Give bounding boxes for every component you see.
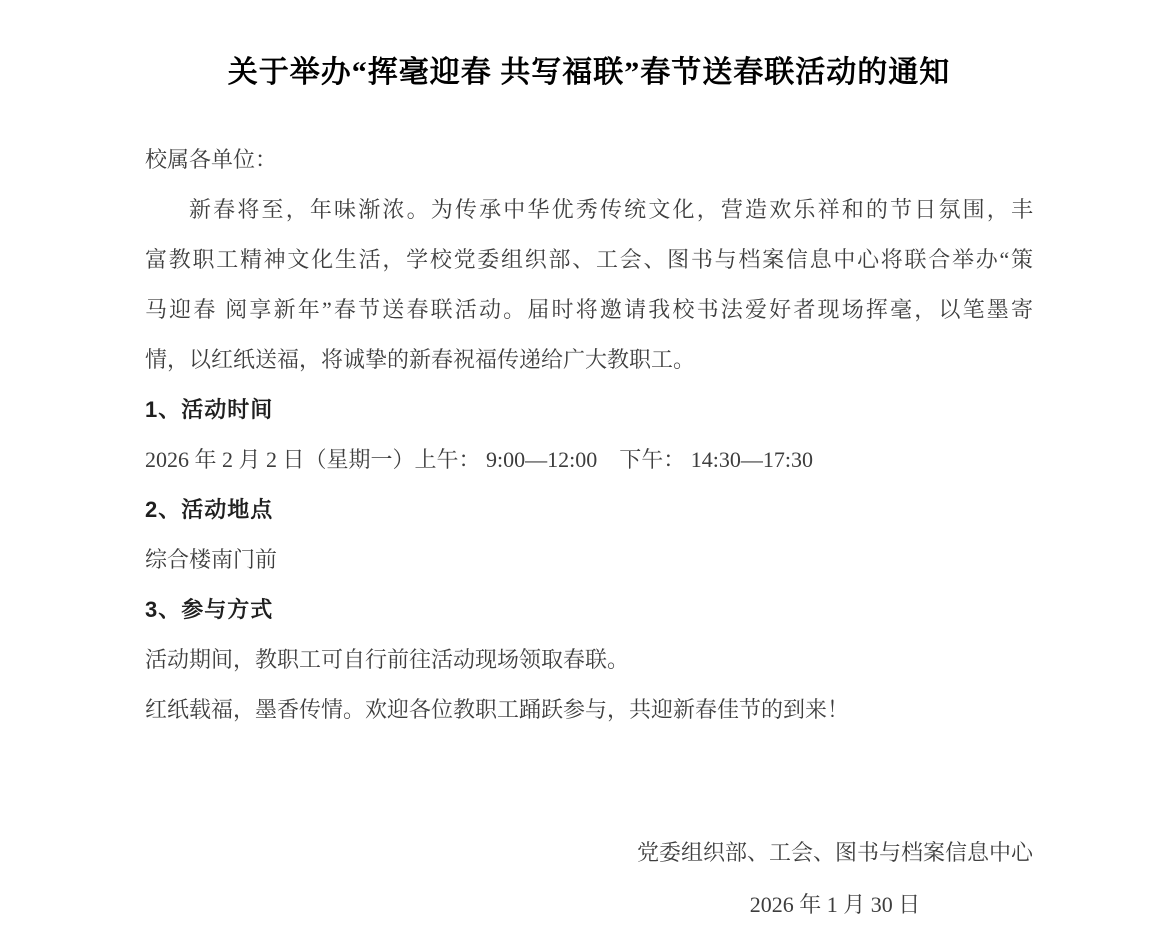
document-page: 关于举办“挥毫迎春 共写福联”春节送春联活动的通知 校属各单位： 新春将至，年味… bbox=[0, 0, 1172, 950]
closing-line: 红纸载福，墨香传情。欢迎各位教职工踊跃参与，共迎新春佳节的到来！ bbox=[145, 685, 1033, 735]
section-heading-location: 2、活动地点 bbox=[145, 485, 1033, 535]
intro-line-2: 富教职工精神文化生活，学校党委组织部、工会、图书与档案信息中心将联合举办“策 bbox=[145, 235, 1033, 285]
intro-line-4: 情，以红纸送福，将诚挚的新春祝福传递给广大教职工。 bbox=[145, 335, 1033, 385]
signature-date: 2026 年 1 月 30 日 bbox=[637, 879, 1033, 931]
signature-org: 党委组织部、工会、图书与档案信息中心 bbox=[637, 827, 1033, 879]
section-body-time: 2026 年 2 月 2 日（星期一）上午： 9:00—12:00 下午： 14… bbox=[145, 435, 1033, 485]
section-heading-time: 1、活动时间 bbox=[145, 385, 1033, 435]
section-body-participation: 活动期间，教职工可自行前往活动现场领取春联。 bbox=[145, 635, 1033, 685]
signature-block: 党委组织部、工会、图书与档案信息中心 2026 年 1 月 30 日 bbox=[637, 827, 1033, 931]
salutation: 校属各单位： bbox=[145, 135, 1033, 185]
intro-line-3: 马迎春 阅享新年”春节送春联活动。届时将邀请我校书法爱好者现场挥毫，以笔墨寄 bbox=[145, 285, 1033, 335]
document-title: 关于举办“挥毫迎春 共写福联”春节送春联活动的通知 bbox=[145, 52, 1033, 94]
document-content: 关于举办“挥毫迎春 共写福联”春节送春联活动的通知 校属各单位： 新春将至，年味… bbox=[145, 0, 1033, 931]
section-body-location: 综合楼南门前 bbox=[145, 535, 1033, 585]
intro-line-1: 新春将至，年味渐浓。为传承中华优秀传统文化，营造欢乐祥和的节日氛围，丰 bbox=[145, 185, 1033, 235]
section-heading-participation: 3、参与方式 bbox=[145, 585, 1033, 635]
